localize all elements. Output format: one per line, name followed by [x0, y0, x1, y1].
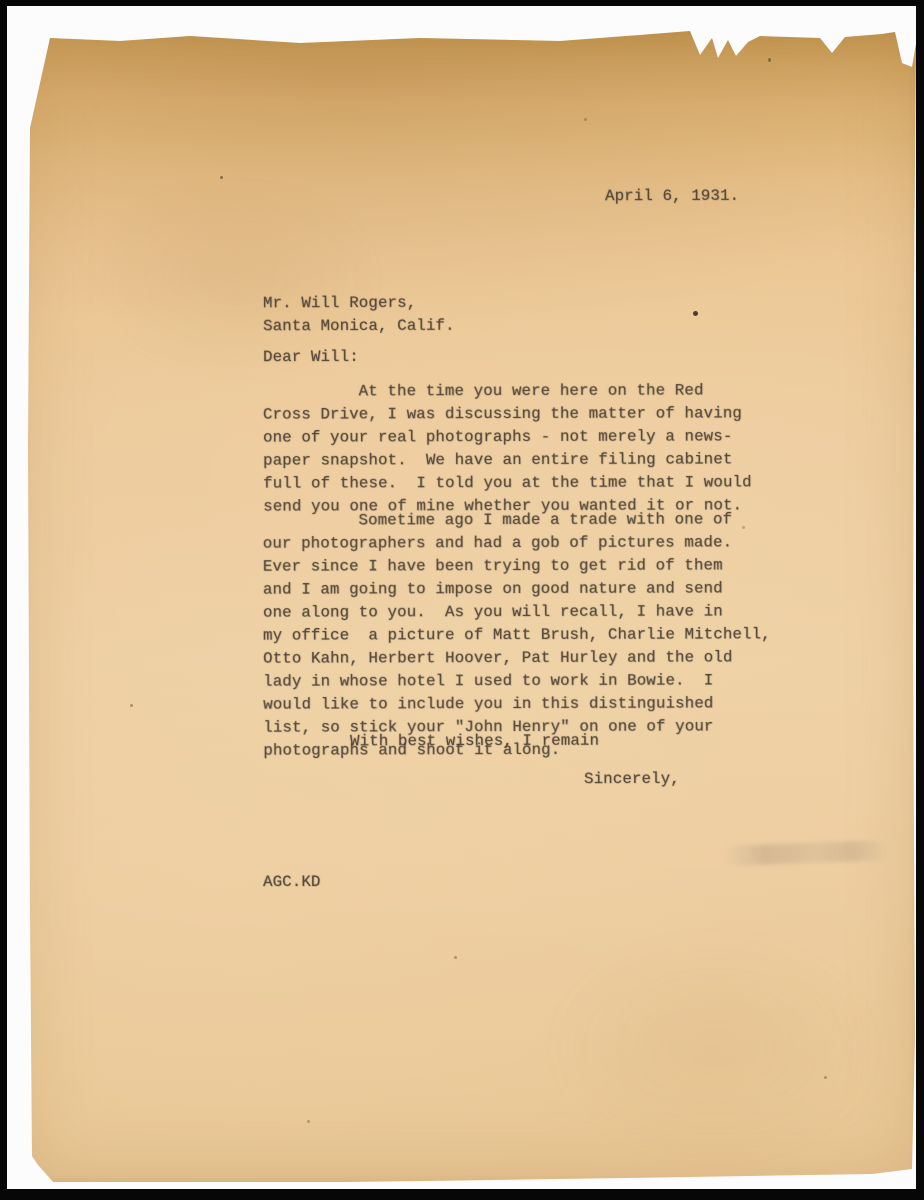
- paper-speck: [768, 58, 771, 62]
- paper-speck: [220, 176, 223, 179]
- letter-date: April 6, 1931.: [605, 185, 739, 208]
- letter-paper: April 6, 1931. Mr. Will Rogers, Santa Mo…: [24, 28, 916, 1182]
- signoff: Sincerely,: [584, 768, 680, 791]
- salutation: Dear Will:: [263, 346, 359, 369]
- recipient-address: Mr. Will Rogers, Santa Monica, Calif.: [263, 292, 455, 339]
- paragraph-1: At the time you were here on the Red Cro…: [263, 379, 752, 518]
- paper-speck: [307, 1120, 310, 1123]
- ink-speck: [693, 311, 698, 316]
- paper-speck: [130, 704, 133, 707]
- pencil-smudge: [724, 840, 890, 866]
- letter-scan: April 6, 1931. Mr. Will Rogers, Santa Mo…: [0, 0, 924, 1200]
- paper-speck: [824, 1076, 827, 1079]
- typist-initials: AGC.KD: [263, 871, 321, 894]
- paragraph-2: Sometime ago I made a trade with one of …: [263, 508, 771, 762]
- paper-stain: [544, 928, 884, 1168]
- closing-line: With best wishes, I remain: [350, 730, 599, 754]
- paper-speck: [454, 956, 457, 959]
- paper-speck: [584, 118, 587, 121]
